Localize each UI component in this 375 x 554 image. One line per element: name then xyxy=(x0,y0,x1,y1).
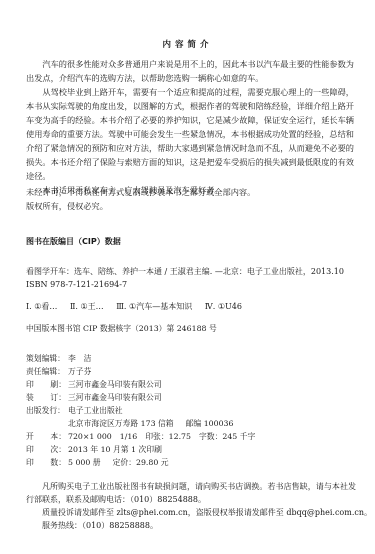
format-fraction: 1/16 xyxy=(120,432,138,441)
cip-heading: 图书在版编目（CIP）数据 xyxy=(26,236,121,247)
cip-record-line: 看图学开车：选车、陪练、养护一本通 / 王淑君主编. —北京：电子工业出版社，2… xyxy=(26,265,366,278)
notice-line: 版权所有，侵权必究。 xyxy=(26,199,356,213)
complaint-line: 质量投诉请发邮件至 zlts@phei.com.cn，盗版侵权举报请发邮件至 d… xyxy=(26,506,356,519)
price-label: 定价： xyxy=(113,458,136,467)
credit-value: 电子工业出版社 xyxy=(68,404,123,417)
words-label: 字数： xyxy=(199,432,222,441)
credit-value: 2013 年 10 月第 1 次印刷 xyxy=(68,443,162,456)
footer-notice: 凡所购买电子工业出版社图书有缺损问题，请向购买书店调换。若书店售缺，请与本社发行… xyxy=(26,480,356,532)
credit-label: 责任编辑： xyxy=(26,365,66,378)
cip-classification: Ⅰ. ①看… Ⅱ. ①王… Ⅲ. ①汽车—基本知识 Ⅳ. ①U46 xyxy=(26,301,252,312)
postcode: 100036 xyxy=(204,419,234,428)
credit-publisher: 出版发行： 电子工业出版社 xyxy=(26,404,255,417)
cip-record: 看图学开车：选车、陪练、养护一本通 / 王淑君主编. —北京：电子工业出版社，2… xyxy=(26,265,366,291)
credits-block: 策划编辑： 李 洁 责任编辑： 万子芬 印刷： 三河市鑫金马印装有限公司 装订：… xyxy=(26,352,255,469)
publisher-address: 北京市海淀区万寿路 173 信箱邮编 100036 xyxy=(26,417,255,430)
sheets-label: 印张： xyxy=(145,432,168,441)
print-run-value: 5 000 册 xyxy=(68,458,101,467)
credit-format: 开本： 720×1 0001/16印张：12.75字数：245 千字 xyxy=(26,430,255,443)
credit-value: 三河市鑫金马印装有限公司 xyxy=(68,378,162,391)
words-value: 245 千字 xyxy=(222,432,255,441)
credit-value: 李 洁 xyxy=(68,352,91,365)
credit-print-run: 印数： 5 000 册定价：29.80 元 xyxy=(26,456,255,469)
credit-responsible-editor: 责任编辑： 万子芬 xyxy=(26,365,255,378)
credit-label: 出版发行： xyxy=(26,404,66,417)
credit-label: 印刷： xyxy=(26,378,66,391)
classification-item: Ⅱ. ①王… xyxy=(70,302,104,311)
postcode-label: 邮编 xyxy=(186,419,202,428)
credit-value: 三河市鑫金马印装有限公司 xyxy=(68,391,162,404)
notice-line: 未经许可，不得以任何方式复制或抄袭本书之部分或全部内容。 xyxy=(26,185,356,199)
price-value: 29.80 元 xyxy=(136,458,169,467)
credit-planning-editor: 策划编辑： 李 洁 xyxy=(26,352,255,365)
credit-value: 万子芬 xyxy=(68,365,91,378)
purchase-notice: 凡所购买电子工业出版社图书有缺损问题，请向购买书店调换。若书店售缺，请与本社发行… xyxy=(26,480,356,506)
format-size: 720×1 000 xyxy=(68,432,112,441)
summary-paragraph: 从驾校毕业到上路开车，需要有一个适应和提高的过程，需要克服心理上的一些障碍，本书… xyxy=(26,85,354,183)
copyright-page: 内容简介 汽车的很多性能对众多普通用户来说是用不上的，因此本书以汽车最主要的性能… xyxy=(0,0,375,554)
address: 北京市海淀区万寿路 173 信箱 xyxy=(68,419,174,428)
summary-title: 内容简介 xyxy=(0,38,375,50)
classification-item: Ⅳ. ①U46 xyxy=(205,302,242,311)
classification-item: Ⅰ. ①看… xyxy=(26,302,57,311)
hotline: 服务热线：（010）88258888。 xyxy=(26,519,356,532)
credit-binding: 装订： 三河市鑫金马印装有限公司 xyxy=(26,391,255,404)
credit-label: 装订： xyxy=(26,391,66,404)
credit-label: 印数： xyxy=(26,456,66,469)
cip-approval-number: 中国版本图书馆 CIP 数据核字（2013）第 246188 号 xyxy=(26,323,217,334)
credit-label: 开本： xyxy=(26,430,66,443)
credit-label: 印次： xyxy=(26,443,66,456)
credit-label: 策划编辑： xyxy=(26,352,66,365)
isbn: ISBN 978-7-121-21694-7 xyxy=(26,278,366,291)
summary-paragraph: 汽车的很多性能对众多普通用户来说是用不上的，因此本书以汽车最主要的性能参数为出发… xyxy=(26,57,354,85)
classification-item: Ⅲ. ①汽车—基本知识 xyxy=(116,302,192,311)
credit-value: 5 000 册定价：29.80 元 xyxy=(68,456,169,469)
summary-body: 汽车的很多性能对众多普通用户来说是用不上的，因此本书以汽车最主要的性能参数为出发… xyxy=(26,57,354,197)
copyright-notice: 未经许可，不得以任何方式复制或抄袭本书之部分或全部内容。 版权所有，侵权必究。 xyxy=(26,185,356,213)
sheets-value: 12.75 xyxy=(169,432,191,441)
credit-printing: 印刷： 三河市鑫金马印装有限公司 xyxy=(26,378,255,391)
credit-impression: 印次： 2013 年 10 月第 1 次印刷 xyxy=(26,443,255,456)
credit-value: 720×1 0001/16印张：12.75字数：245 千字 xyxy=(68,430,255,443)
